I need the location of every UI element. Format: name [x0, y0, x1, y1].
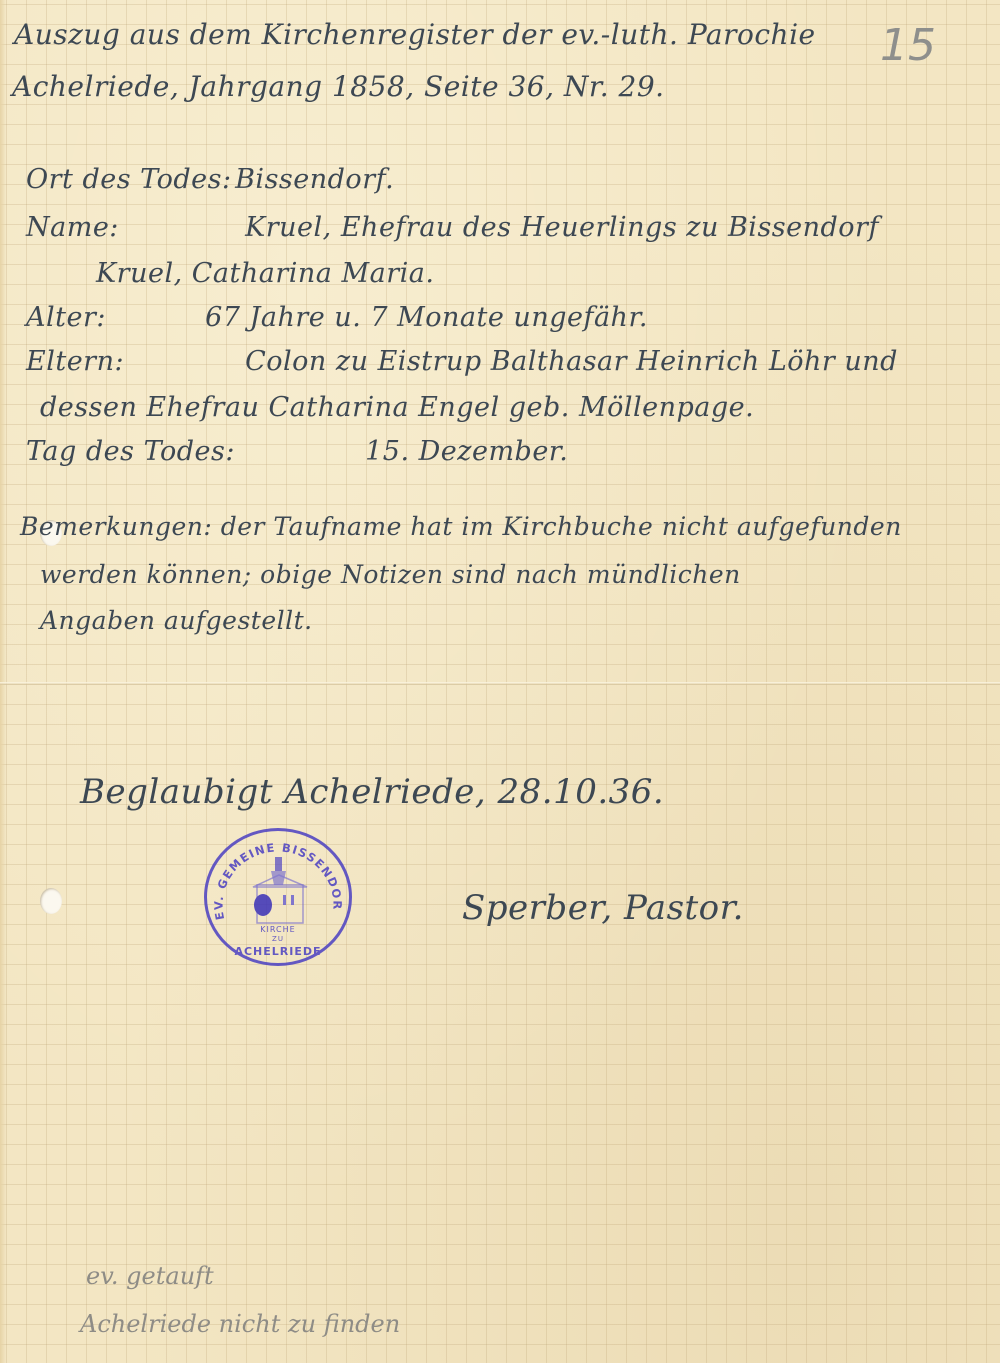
- heading-line-1: Auszug aus dem Kirchenregister der ev.-l…: [14, 18, 816, 51]
- field-date-of-death: Tag des Todes: 15. Dezember.: [26, 436, 568, 467]
- heading-line-2: Achelriede, Jahrgang 1858, Seite 36, Nr.…: [12, 70, 665, 103]
- church-seal-stamp: EV. GEMEINE BISSENDORF KIRCHE ZU ACHELRI…: [204, 828, 352, 966]
- field-label: Alter:: [26, 302, 196, 333]
- field-value: 15. Dezember.: [365, 436, 568, 467]
- punch-hole-bottom: [40, 888, 62, 914]
- field-label: Eltern:: [26, 346, 236, 377]
- field-label: Tag des Todes:: [26, 436, 356, 467]
- field-value: Kruel, Ehefrau des Heuerlings zu Bissend…: [245, 212, 879, 243]
- field-value: Kruel, Catharina Maria.: [96, 258, 434, 289]
- field-parents-continued: dessen Ehefrau Catharina Engel geb. Möll…: [40, 392, 754, 423]
- document-page: 15 Auszug aus dem Kirchenregister der ev…: [0, 0, 1000, 1363]
- field-value: Colon zu Eistrup Balthasar Heinrich Löhr…: [245, 346, 898, 377]
- remarks-line-2: werden können; obige Notizen sind nach m…: [40, 560, 741, 589]
- seal-bottom-text-1: KIRCHE: [207, 925, 349, 934]
- field-label: Ort des Todes:: [26, 164, 226, 195]
- field-age: Alter: 67 Jahre u. 7 Monate ungefähr.: [26, 302, 648, 333]
- page-number: 15: [880, 20, 936, 71]
- certification-text: Beglaubigt Achelriede, 28.10.36.: [80, 772, 664, 812]
- field-parents: Eltern: Colon zu Eistrup Balthasar Heinr…: [26, 346, 898, 377]
- fold-line: [0, 682, 1000, 685]
- field-value: dessen Ehefrau Catharina Engel geb. Möll…: [40, 392, 754, 423]
- church-icon: [249, 853, 309, 931]
- field-name: Name: Kruel, Ehefrau des Heuerlings zu B…: [26, 212, 879, 243]
- pencil-note-line-2: Achelriede nicht zu finden: [80, 1310, 400, 1338]
- field-value: Bissendorf.: [235, 164, 394, 195]
- seal-bottom-text-2: ZU: [207, 935, 349, 943]
- field-label: Name:: [26, 212, 236, 243]
- seal-bottom-text-3: ACHELRIEDE: [207, 945, 349, 958]
- field-value: 67 Jahre u. 7 Monate ungefähr.: [205, 302, 648, 333]
- remarks-line-3: Angaben aufgestellt.: [40, 606, 313, 635]
- field-place-of-death: Ort des Todes: Bissendorf.: [26, 164, 394, 195]
- remarks-line-1: Bemerkungen: der Taufname hat im Kirchbu…: [20, 512, 902, 541]
- field-name-continued: Kruel, Catharina Maria.: [96, 258, 434, 289]
- pastor-signature: Sperber, Pastor.: [462, 888, 744, 928]
- pencil-note-line-1: ev. getauft: [86, 1262, 214, 1290]
